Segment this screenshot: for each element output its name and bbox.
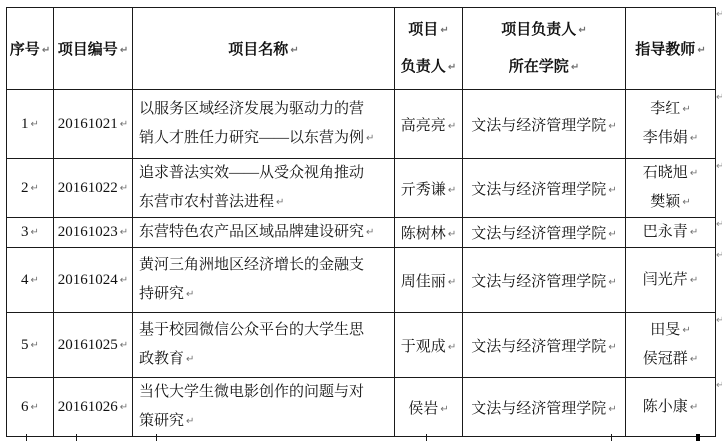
cell-project-name: 黄河三角洲地区经济增长的金融支 持研究↵	[133, 248, 395, 313]
project-id: 20161024	[58, 272, 118, 288]
line-break-mark: ↵	[31, 227, 39, 238]
advisor-name: 侯冠群	[643, 351, 688, 367]
line-break-mark: ↵	[571, 62, 579, 73]
cell-leader: 侯岩↵	[395, 378, 463, 437]
line-break-mark: ↵	[448, 121, 456, 132]
project-name-text: 基于校园微信公众平台的大学生思	[139, 322, 364, 338]
cell-project-name: 基于校园微信公众平台的大学生思 政教育↵	[133, 313, 395, 378]
project-name-line: 基于校园微信公众平台的大学生思	[139, 316, 392, 345]
project-name-line: 持研究↵	[139, 280, 392, 309]
line-break-mark: ↵	[690, 168, 698, 179]
project-id: 20161026	[58, 399, 118, 415]
header-advisor-label: 指导教师	[635, 42, 695, 58]
header-college: 项目负责人↵ 所在学院↵	[463, 8, 626, 90]
project-name-text: 销人才胜任力研究——以东营为例	[139, 130, 364, 146]
line-break-mark: ↵	[448, 277, 456, 288]
line-break-mark: ↵	[366, 133, 374, 144]
table-row: 1↵ 20161021↵ 以服务区域经济发展为驱动力的营 销人才胜任力研究——以…	[7, 90, 716, 159]
table-row: 6↵ 20161026↵ 当代大学生微电影创作的问题与对 策研究↵ 侯岩↵ 文法…	[7, 378, 716, 437]
cell-leader: 于观成↵	[395, 313, 463, 378]
advisor-line: 陈小康↵	[626, 393, 715, 422]
row-no: 4	[21, 272, 29, 288]
next-row-border-stub	[426, 434, 427, 441]
cell-id: 20161026↵	[54, 378, 133, 437]
header-college-line2: 所在学院↵	[463, 49, 625, 86]
next-row-border-stub	[76, 434, 77, 441]
header-name-label: 项目名称	[228, 42, 288, 58]
line-break-mark: ↵	[120, 275, 128, 286]
project-name-text: 追求普法实效——从受众视角推动	[139, 165, 364, 181]
cell-leader: 周佳丽↵	[395, 248, 463, 313]
line-break-mark: ↵	[120, 45, 128, 56]
cell-no: 2↵	[7, 159, 54, 218]
next-row-border-stub	[26, 434, 27, 441]
header-no-label: 序号	[10, 42, 40, 58]
row-no: 5	[21, 337, 29, 353]
project-name-line: 东营市农村普法进程↵	[139, 188, 392, 217]
cell-college: 文法与经济管理学院↵	[463, 90, 626, 159]
line-break-mark: ↵	[608, 229, 616, 240]
line-break-mark: ↵	[690, 227, 698, 238]
cell-id: 20161023↵	[54, 218, 133, 248]
header-leader-line2: 负责人↵	[395, 49, 462, 86]
table-row: 4↵ 20161024↵ 黄河三角洲地区经济增长的金融支 持研究↵ 周佳丽↵ 文…	[7, 248, 716, 313]
cell-id: 20161024↵	[54, 248, 133, 313]
line-break-mark: ↵	[186, 289, 194, 300]
project-name-text: 策研究	[139, 413, 184, 429]
row-end-mark: ↵	[716, 380, 722, 391]
cell-id: 20161025↵	[54, 313, 133, 378]
line-break-mark: ↵	[366, 227, 374, 238]
project-id: 20161022	[58, 180, 118, 196]
next-row-border-stub	[156, 434, 157, 441]
header-leader-line1: 项目↵	[395, 12, 462, 49]
project-name-text: 黄河三角洲地区经济增长的金融支	[139, 257, 364, 273]
line-break-mark: ↵	[690, 354, 698, 365]
advisor-line: 李红↵	[626, 95, 715, 124]
cell-advisor: 田旻↵ 侯冠群↵	[626, 313, 716, 378]
line-break-mark: ↵	[290, 45, 298, 56]
project-name-line: 当代大学生微电影创作的问题与对	[139, 378, 392, 407]
header-college-line1: 项目负责人↵	[463, 12, 625, 49]
line-break-mark: ↵	[31, 119, 39, 130]
line-break-mark: ↵	[31, 340, 39, 351]
line-break-mark: ↵	[682, 325, 690, 336]
row-end-mark: ↵	[716, 92, 722, 103]
college-name: 文法与经济管理学院	[471, 226, 606, 242]
advisor-line: 田旻↵	[626, 316, 715, 345]
row-end-mark: ↵	[716, 315, 722, 326]
project-name-line: 销人才胜任力研究——以东营为例↵	[139, 124, 392, 153]
cell-no: 3↵	[7, 218, 54, 248]
line-break-mark: ↵	[31, 275, 39, 286]
leader-name: 侯岩	[408, 401, 438, 417]
table-row: 5↵ 20161025↵ 基于校园微信公众平台的大学生思 政教育↵ 于观成↵ 文…	[7, 313, 716, 378]
line-break-mark: ↵	[690, 133, 698, 144]
advisor-name: 陈小康	[643, 399, 688, 415]
line-break-mark: ↵	[448, 342, 456, 353]
college-name: 文法与经济管理学院	[471, 339, 606, 355]
cell-no: 4↵	[7, 248, 54, 313]
college-name: 文法与经济管理学院	[471, 118, 606, 134]
line-break-mark: ↵	[120, 402, 128, 413]
line-break-mark: ↵	[608, 277, 616, 288]
cell-leader: 亓秀谦↵	[395, 159, 463, 218]
cell-no: 5↵	[7, 313, 54, 378]
header-college-line2-label: 所在学院	[509, 59, 569, 75]
header-row: 序号↵ 项目编号↵ 项目名称↵ 项目↵ 负责人↵ 项目负责人↵ 所在学院↵ 指导…	[7, 8, 716, 90]
cell-project-name: 当代大学生微电影创作的问题与对 策研究↵	[133, 378, 395, 437]
line-break-mark: ↵	[697, 45, 705, 56]
project-name-line: 政教育↵	[139, 345, 392, 374]
header-id: 项目编号↵	[54, 8, 133, 90]
project-name-text: 政教育	[139, 351, 184, 367]
cell-project-name: 以服务区域经济发展为驱动力的营 销人才胜任力研究——以东营为例↵	[133, 90, 395, 159]
row-no: 3	[21, 224, 29, 240]
header-advisor: 指导教师↵	[626, 8, 716, 90]
table-row: 3↵ 20161023↵ 东营特色农产品区域品牌建设研究↵ 陈树林↵ 文法与经济…	[7, 218, 716, 248]
header-id-label: 项目编号	[58, 42, 118, 58]
line-break-mark: ↵	[608, 404, 616, 415]
project-name-text: 东营市农村普法进程	[139, 194, 274, 210]
line-break-mark: ↵	[31, 402, 39, 413]
row-end-mark: ↵	[716, 9, 722, 20]
college-name: 文法与经济管理学院	[471, 274, 606, 290]
advisor-line: 石晓旭↵	[626, 159, 715, 188]
project-id: 20161021	[58, 116, 118, 132]
line-break-mark: ↵	[608, 185, 616, 196]
advisor-name: 李红	[650, 101, 680, 117]
cell-advisor: 石晓旭↵ 樊颖↵	[626, 159, 716, 218]
line-break-mark: ↵	[448, 62, 456, 73]
cell-no: 6↵	[7, 378, 54, 437]
leader-name: 亓秀谦	[401, 182, 446, 198]
line-break-mark: ↵	[120, 119, 128, 130]
line-break-mark: ↵	[120, 340, 128, 351]
line-break-mark: ↵	[608, 121, 616, 132]
project-name-line: 黄河三角洲地区经济增长的金融支	[139, 251, 392, 280]
next-row-border-stub	[611, 434, 612, 441]
project-table: 序号↵ 项目编号↵ 项目名称↵ 项目↵ 负责人↵ 项目负责人↵ 所在学院↵ 指导…	[6, 7, 716, 437]
cell-college: 文法与经济管理学院↵	[463, 313, 626, 378]
advisor-line: 闫光芹↵	[626, 266, 715, 295]
line-break-mark: ↵	[690, 402, 698, 413]
project-name-text: 持研究	[139, 286, 184, 302]
project-name-line: 以服务区域经济发展为驱动力的营	[139, 95, 392, 124]
header-leader-line1-label: 项目	[408, 22, 438, 38]
project-name-text: 当代大学生微电影创作的问题与对	[139, 384, 364, 400]
line-break-mark: ↵	[448, 229, 456, 240]
advisor-line: 巴永青↵	[626, 218, 715, 247]
header-college-line1-label: 项目负责人	[501, 22, 576, 38]
line-break-mark: ↵	[440, 25, 448, 36]
cell-project-name: 追求普法实效——从受众视角推动 东营市农村普法进程↵	[133, 159, 395, 218]
cell-leader: 高亮亮↵	[395, 90, 463, 159]
advisor-name: 石晓旭	[643, 165, 688, 181]
line-break-mark: ↵	[608, 342, 616, 353]
line-break-mark: ↵	[682, 197, 690, 208]
advisor-name: 田旻	[650, 322, 680, 338]
line-break-mark: ↵	[690, 275, 698, 286]
next-row-border-stub	[696, 434, 700, 441]
row-no: 6	[21, 399, 29, 415]
advisor-line: 侯冠群↵	[626, 345, 715, 374]
document-page: 序号↵ 项目编号↵ 项目名称↵ 项目↵ 负责人↵ 项目负责人↵ 所在学院↵ 指导…	[0, 0, 722, 441]
line-break-mark: ↵	[578, 25, 586, 36]
leader-name: 周佳丽	[401, 274, 446, 290]
line-break-mark: ↵	[42, 45, 50, 56]
cell-college: 文法与经济管理学院↵	[463, 159, 626, 218]
row-no: 1	[21, 116, 29, 132]
row-end-mark: ↵	[716, 161, 722, 172]
header-leader-line2-label: 负责人	[401, 59, 446, 75]
cell-college: 文法与经济管理学院↵	[463, 218, 626, 248]
leader-name: 高亮亮	[401, 118, 446, 134]
header-name: 项目名称↵	[133, 8, 395, 90]
line-break-mark: ↵	[448, 185, 456, 196]
cell-advisor: 巴永青↵	[626, 218, 716, 248]
cell-advisor: 陈小康↵	[626, 378, 716, 437]
advisor-name: 李伟娟	[643, 130, 688, 146]
table-row: 2↵ 20161022↵ 追求普法实效——从受众视角推动 东营市农村普法进程↵ …	[7, 159, 716, 218]
project-name-line: 追求普法实效——从受众视角推动	[139, 159, 392, 188]
college-name: 文法与经济管理学院	[471, 182, 606, 198]
project-name-text: 以服务区域经济发展为驱动力的营	[139, 101, 364, 117]
cell-leader: 陈树林↵	[395, 218, 463, 248]
college-name: 文法与经济管理学院	[471, 401, 606, 417]
advisor-name: 樊颖	[650, 194, 680, 210]
leader-name: 陈树林	[401, 226, 446, 242]
cell-project-name: 东营特色农产品区域品牌建设研究↵	[133, 218, 395, 248]
row-end-mark: ↵	[716, 250, 722, 261]
leader-name: 于观成	[401, 339, 446, 355]
line-break-mark: ↵	[120, 183, 128, 194]
advisor-name: 闫光芹	[643, 272, 688, 288]
cell-no: 1↵	[7, 90, 54, 159]
line-break-mark: ↵	[186, 416, 194, 427]
line-break-mark: ↵	[440, 404, 448, 415]
advisor-line: 李伟娟↵	[626, 124, 715, 153]
cell-advisor: 李红↵ 李伟娟↵	[626, 90, 716, 159]
header-no: 序号↵	[7, 8, 54, 90]
line-break-mark: ↵	[682, 104, 690, 115]
cell-college: 文法与经济管理学院↵	[463, 378, 626, 437]
project-name-text: 东营特色农产品区域品牌建设研究	[139, 224, 364, 240]
line-break-mark: ↵	[31, 183, 39, 194]
cell-id: 20161022↵	[54, 159, 133, 218]
line-break-mark: ↵	[120, 227, 128, 238]
header-leader: 项目↵ 负责人↵	[395, 8, 463, 90]
line-break-mark: ↵	[276, 197, 284, 208]
advisor-line: 樊颖↵	[626, 188, 715, 217]
line-break-mark: ↵	[186, 354, 194, 365]
cell-id: 20161021↵	[54, 90, 133, 159]
project-id: 20161023	[58, 224, 118, 240]
cell-college: 文法与经济管理学院↵	[463, 248, 626, 313]
project-name-line: 策研究↵	[139, 407, 392, 436]
cell-advisor: 闫光芹↵	[626, 248, 716, 313]
row-end-mark: ↵	[716, 219, 722, 230]
advisor-name: 巴永青	[643, 224, 688, 240]
row-no: 2	[21, 180, 29, 196]
project-id: 20161025	[58, 337, 118, 353]
project-name-line: 东营特色农产品区域品牌建设研究↵	[139, 218, 392, 247]
